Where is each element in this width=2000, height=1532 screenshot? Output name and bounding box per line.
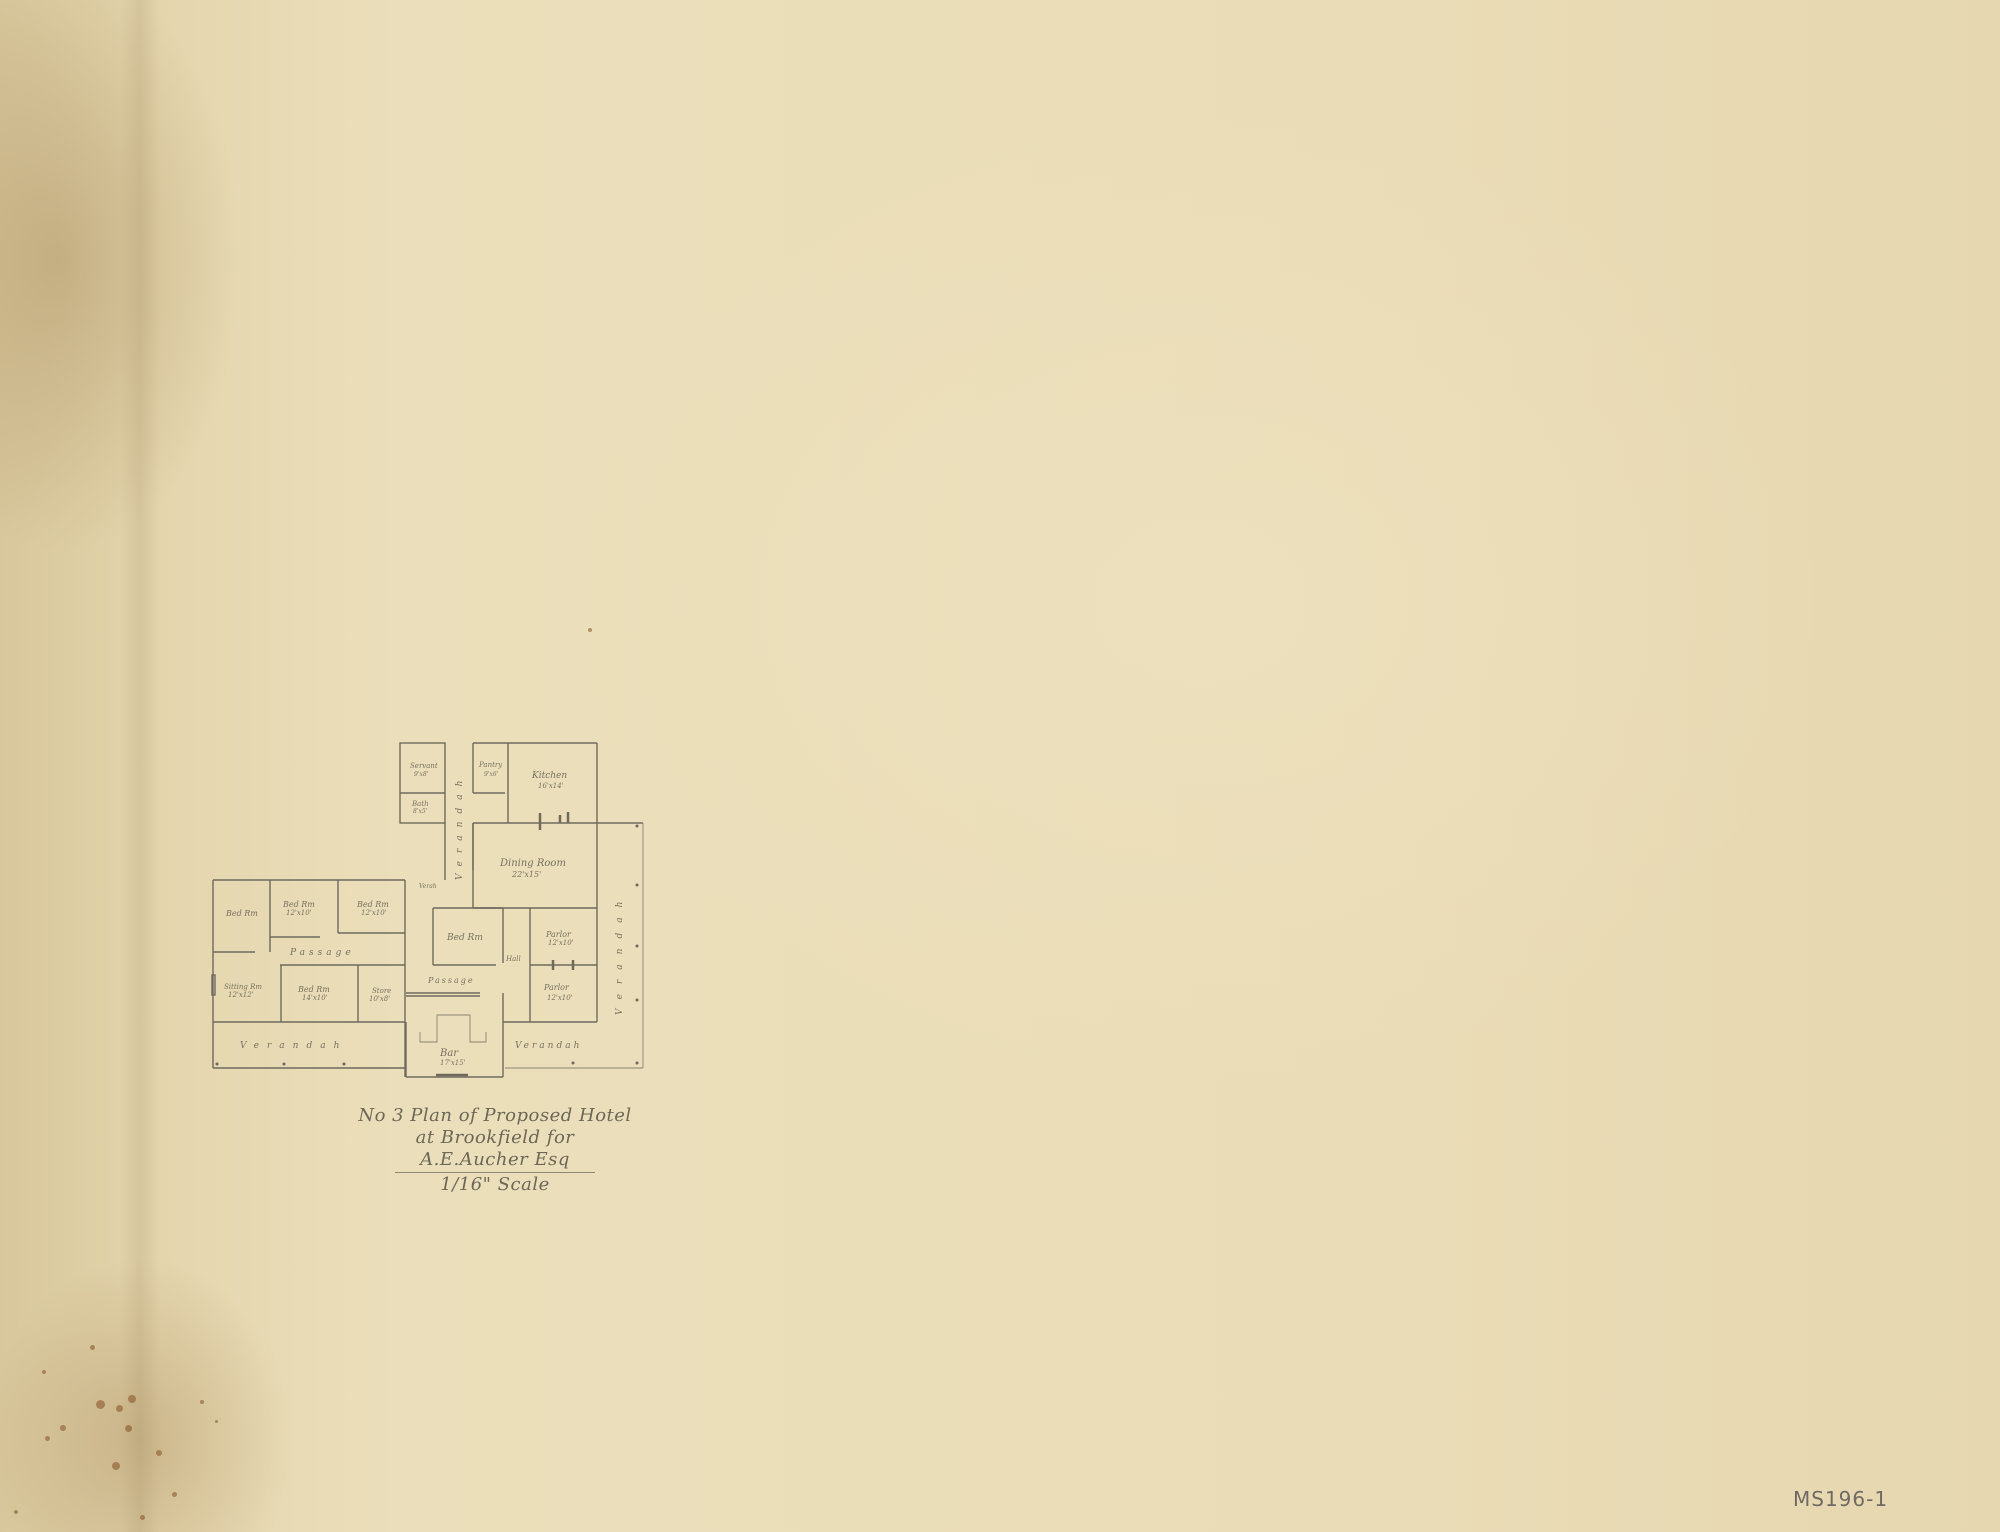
drawing-title-block: No 3 Plan of Proposed Hotel at Brookfiel…: [350, 1105, 640, 1196]
svg-text:Pantry: Pantry: [478, 761, 503, 769]
svg-text:22'x15': 22'x15': [511, 870, 541, 879]
svg-text:10'x8': 10'x8': [369, 995, 390, 1003]
svg-text:Passage: Passage: [289, 948, 355, 958]
svg-text:9'x8': 9'x8': [414, 771, 429, 778]
svg-text:Verandah: Verandah: [240, 1041, 347, 1051]
svg-text:Dining Room: Dining Room: [499, 858, 566, 869]
floor-plan-drawing: Servant 9'x8' Bath 8'x5' Pantry 9'x6' Ki…: [0, 0, 2000, 1532]
svg-text:Hall: Hall: [505, 955, 521, 963]
svg-text:Bed Rm: Bed Rm: [356, 900, 389, 909]
title-line-3: A.E.Aucher Esq: [350, 1149, 640, 1171]
svg-text:12'x10': 12'x10': [547, 994, 573, 1002]
svg-text:Verandah: Verandah: [455, 773, 465, 880]
svg-text:14'x10': 14'x10': [302, 994, 328, 1002]
svg-text:Parlor: Parlor: [545, 930, 572, 939]
svg-text:8'x5': 8'x5': [413, 808, 428, 815]
title-underline: [395, 1172, 595, 1173]
svg-text:Verandah: Verandah: [615, 892, 625, 1015]
svg-text:12'x10': 12'x10': [286, 909, 312, 917]
svg-text:Store: Store: [372, 987, 391, 995]
svg-text:Bath: Bath: [411, 800, 429, 808]
svg-text:Kitchen: Kitchen: [531, 771, 567, 781]
svg-text:17'x15': 17'x15': [440, 1059, 466, 1067]
title-line-2: at Brookfield for: [350, 1127, 640, 1149]
svg-text:12'x10': 12'x10': [361, 909, 387, 917]
dining-room-walls: [473, 823, 597, 1022]
svg-text:Verah: Verah: [419, 883, 437, 890]
title-line-1: No 3 Plan of Proposed Hotel: [350, 1105, 640, 1127]
svg-text:Bar: Bar: [439, 1048, 459, 1059]
svg-text:9'x6': 9'x6': [484, 771, 499, 778]
svg-text:12'x10': 12'x10': [548, 939, 574, 947]
svg-text:16'x14': 16'x14': [538, 782, 564, 790]
svg-text:Bed Rm: Bed Rm: [282, 900, 315, 909]
centre-block: [406, 908, 597, 1022]
catalog-number: MS196-1: [1793, 1487, 1888, 1511]
svg-text:Sitting Rm: Sitting Rm: [224, 983, 262, 991]
svg-text:Passage: Passage: [427, 976, 475, 985]
svg-text:Parlor: Parlor: [543, 983, 570, 992]
svg-text:Bed Rm: Bed Rm: [446, 933, 483, 943]
scale-note: 1/16" Scale: [350, 1174, 640, 1196]
svg-text:12'x12': 12'x12': [228, 991, 254, 999]
svg-text:Servant: Servant: [410, 762, 438, 770]
svg-text:Verandah: Verandah: [515, 1041, 582, 1051]
bar-room: [406, 1015, 503, 1077]
svg-text:Bed Rm: Bed Rm: [297, 985, 330, 994]
svg-text:Bed Rm: Bed Rm: [225, 909, 258, 918]
room-labels: Servant 9'x8' Bath 8'x5' Pantry 9'x6' Ki…: [224, 761, 574, 1067]
